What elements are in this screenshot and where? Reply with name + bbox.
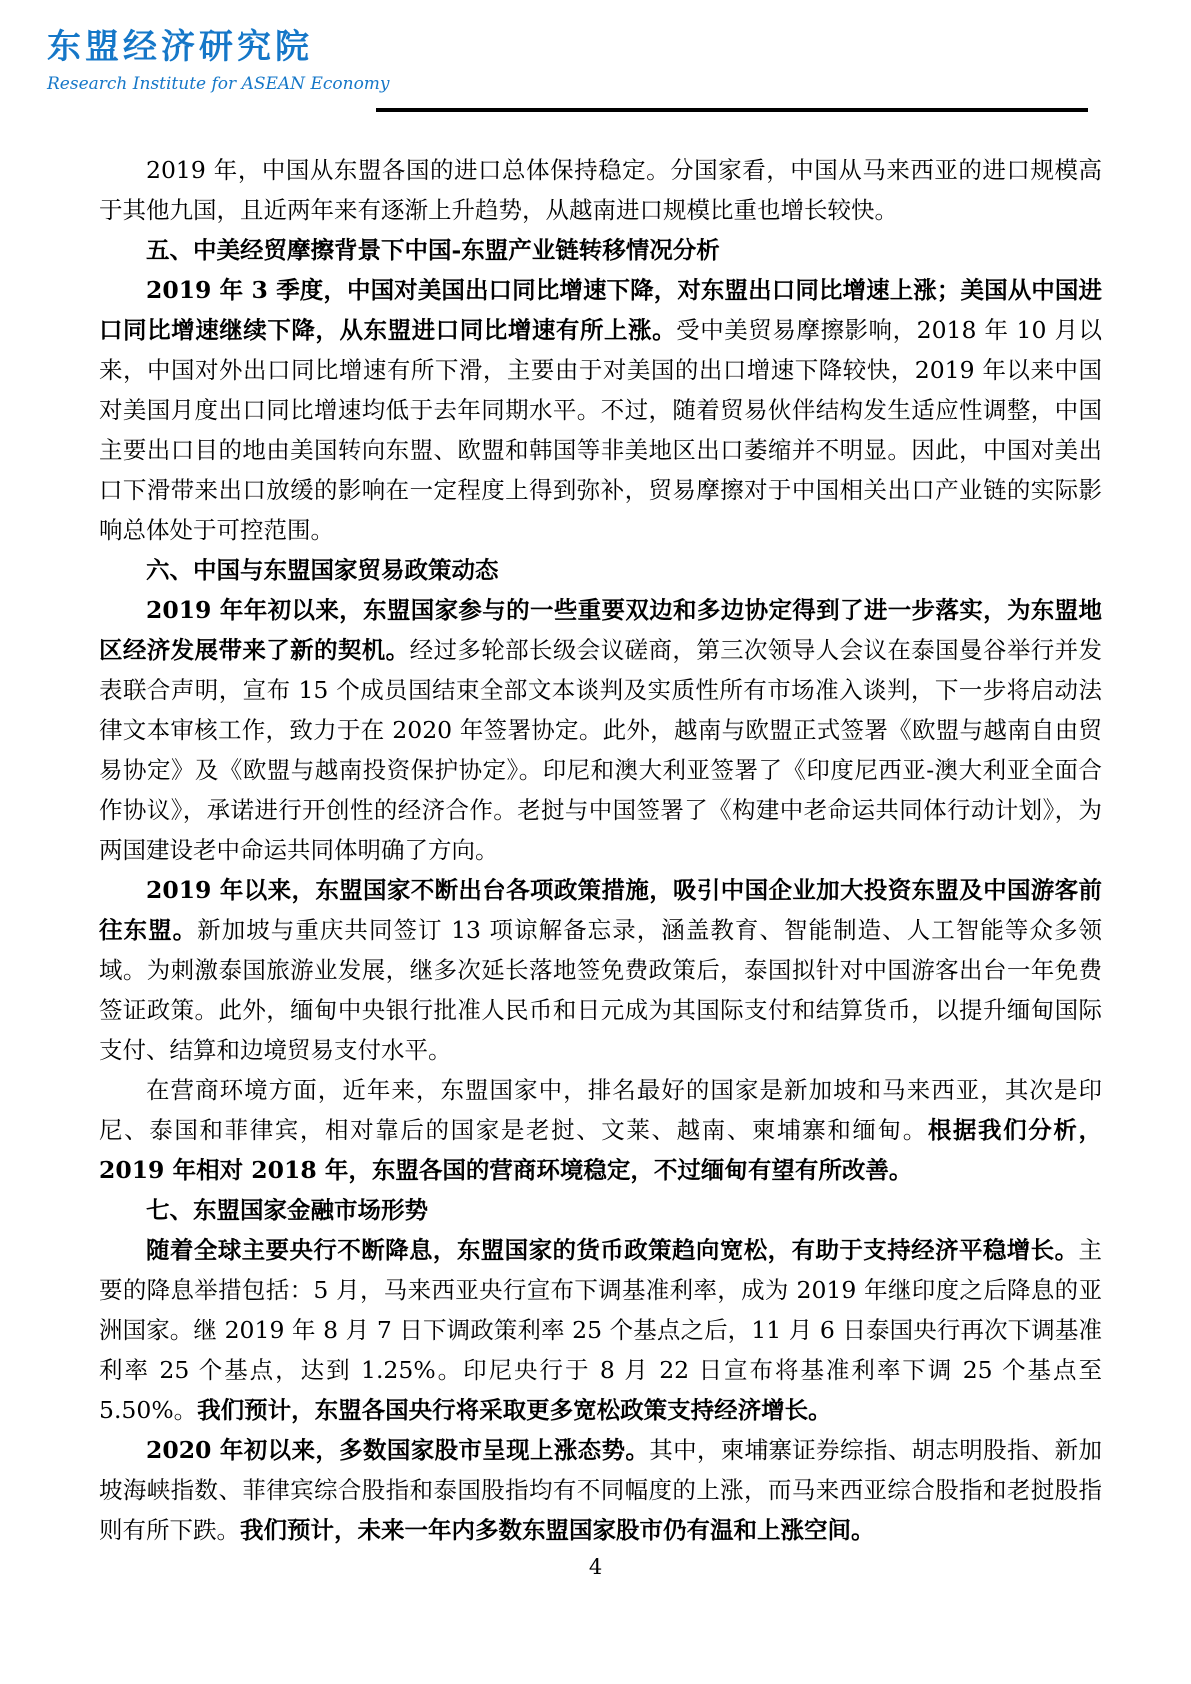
document-page: 东盟经济研究院 Research Institute for ASEAN Eco… — [0, 0, 1191, 1684]
document-body: 2019 年，中国从东盟各国的进口总体保持稳定。分国家看，中国从马来西亚的进口规… — [99, 150, 1102, 1550]
logo-subtitle: Research Institute for ASEAN Economy — [47, 74, 390, 94]
section-heading: 五、中美经贸摩擦背景下中国-东盟产业链转移情况分析 — [99, 230, 1102, 270]
paragraph: 2019 年年初以来，东盟国家参与的一些重要双边和多边协定得到了进一步落实，为东… — [99, 590, 1102, 870]
text-segment: 2019 年，中国从东盟各国的进口总体保持稳定。分国家看，中国从马来西亚的进口规… — [99, 156, 1102, 224]
text-segment: 受中美贸易摩擦影响，2018 年 10 月以来，中国对外出口同比增速有所下滑，主… — [99, 316, 1102, 544]
text-segment: 2020 年初以来，多数国家股市呈现上涨态势。 — [146, 1436, 649, 1464]
text-segment: 随着全球主要央行不断降息，东盟国家的货币政策趋向宽松，有助于支持经济平稳增长。 — [146, 1236, 1079, 1264]
text-segment: 我们预计，未来一年内多数东盟国家股市仍有温和上涨空间。 — [240, 1516, 875, 1544]
text-segment: 新加坡与重庆共同签订 13 项谅解备忘录，涵盖教育、智能制造、人工智能等众多领域… — [99, 916, 1102, 1064]
page-number: 4 — [0, 1552, 1191, 1582]
section-heading: 七、东盟国家金融市场形势 — [99, 1190, 1102, 1230]
paragraph: 2020 年初以来，多数国家股市呈现上涨态势。其中，柬埔寨证券综指、胡志明股指、… — [99, 1430, 1102, 1550]
section-heading: 六、中国与东盟国家贸易政策动态 — [99, 550, 1102, 590]
paragraph: 2019 年 3 季度，中国对美国出口同比增速下降，对东盟出口同比增速上涨；美国… — [99, 270, 1102, 550]
text-segment: 我们预计，东盟各国央行将采取更多宽松政策支持经济增长。 — [197, 1396, 832, 1424]
header-divider — [376, 108, 1088, 112]
header-logo: 东盟经济研究院 Research Institute for ASEAN Eco… — [47, 28, 390, 94]
paragraph: 在营商环境方面，近年来，东盟国家中，排名最好的国家是新加坡和马来西亚，其次是印尼… — [99, 1070, 1102, 1190]
text-segment: 五、中美经贸摩擦背景下中国-东盟产业链转移情况分析 — [146, 236, 720, 264]
logo-title: 东盟经济研究院 — [47, 28, 390, 67]
paragraph: 2019 年，中国从东盟各国的进口总体保持稳定。分国家看，中国从马来西亚的进口规… — [99, 150, 1102, 230]
text-segment: 七、东盟国家金融市场形势 — [146, 1196, 428, 1224]
paragraph: 2019 年以来，东盟国家不断出台各项政策措施，吸引中国企业加大投资东盟及中国游… — [99, 870, 1102, 1070]
text-segment: 六、中国与东盟国家贸易政策动态 — [146, 556, 499, 584]
paragraph: 随着全球主要央行不断降息，东盟国家的货币政策趋向宽松，有助于支持经济平稳增长。主… — [99, 1230, 1102, 1430]
text-segment: 经过多轮部长级会议磋商，第三次领导人会议在泰国曼谷举行并发表联合声明，宣布 15… — [99, 636, 1102, 864]
